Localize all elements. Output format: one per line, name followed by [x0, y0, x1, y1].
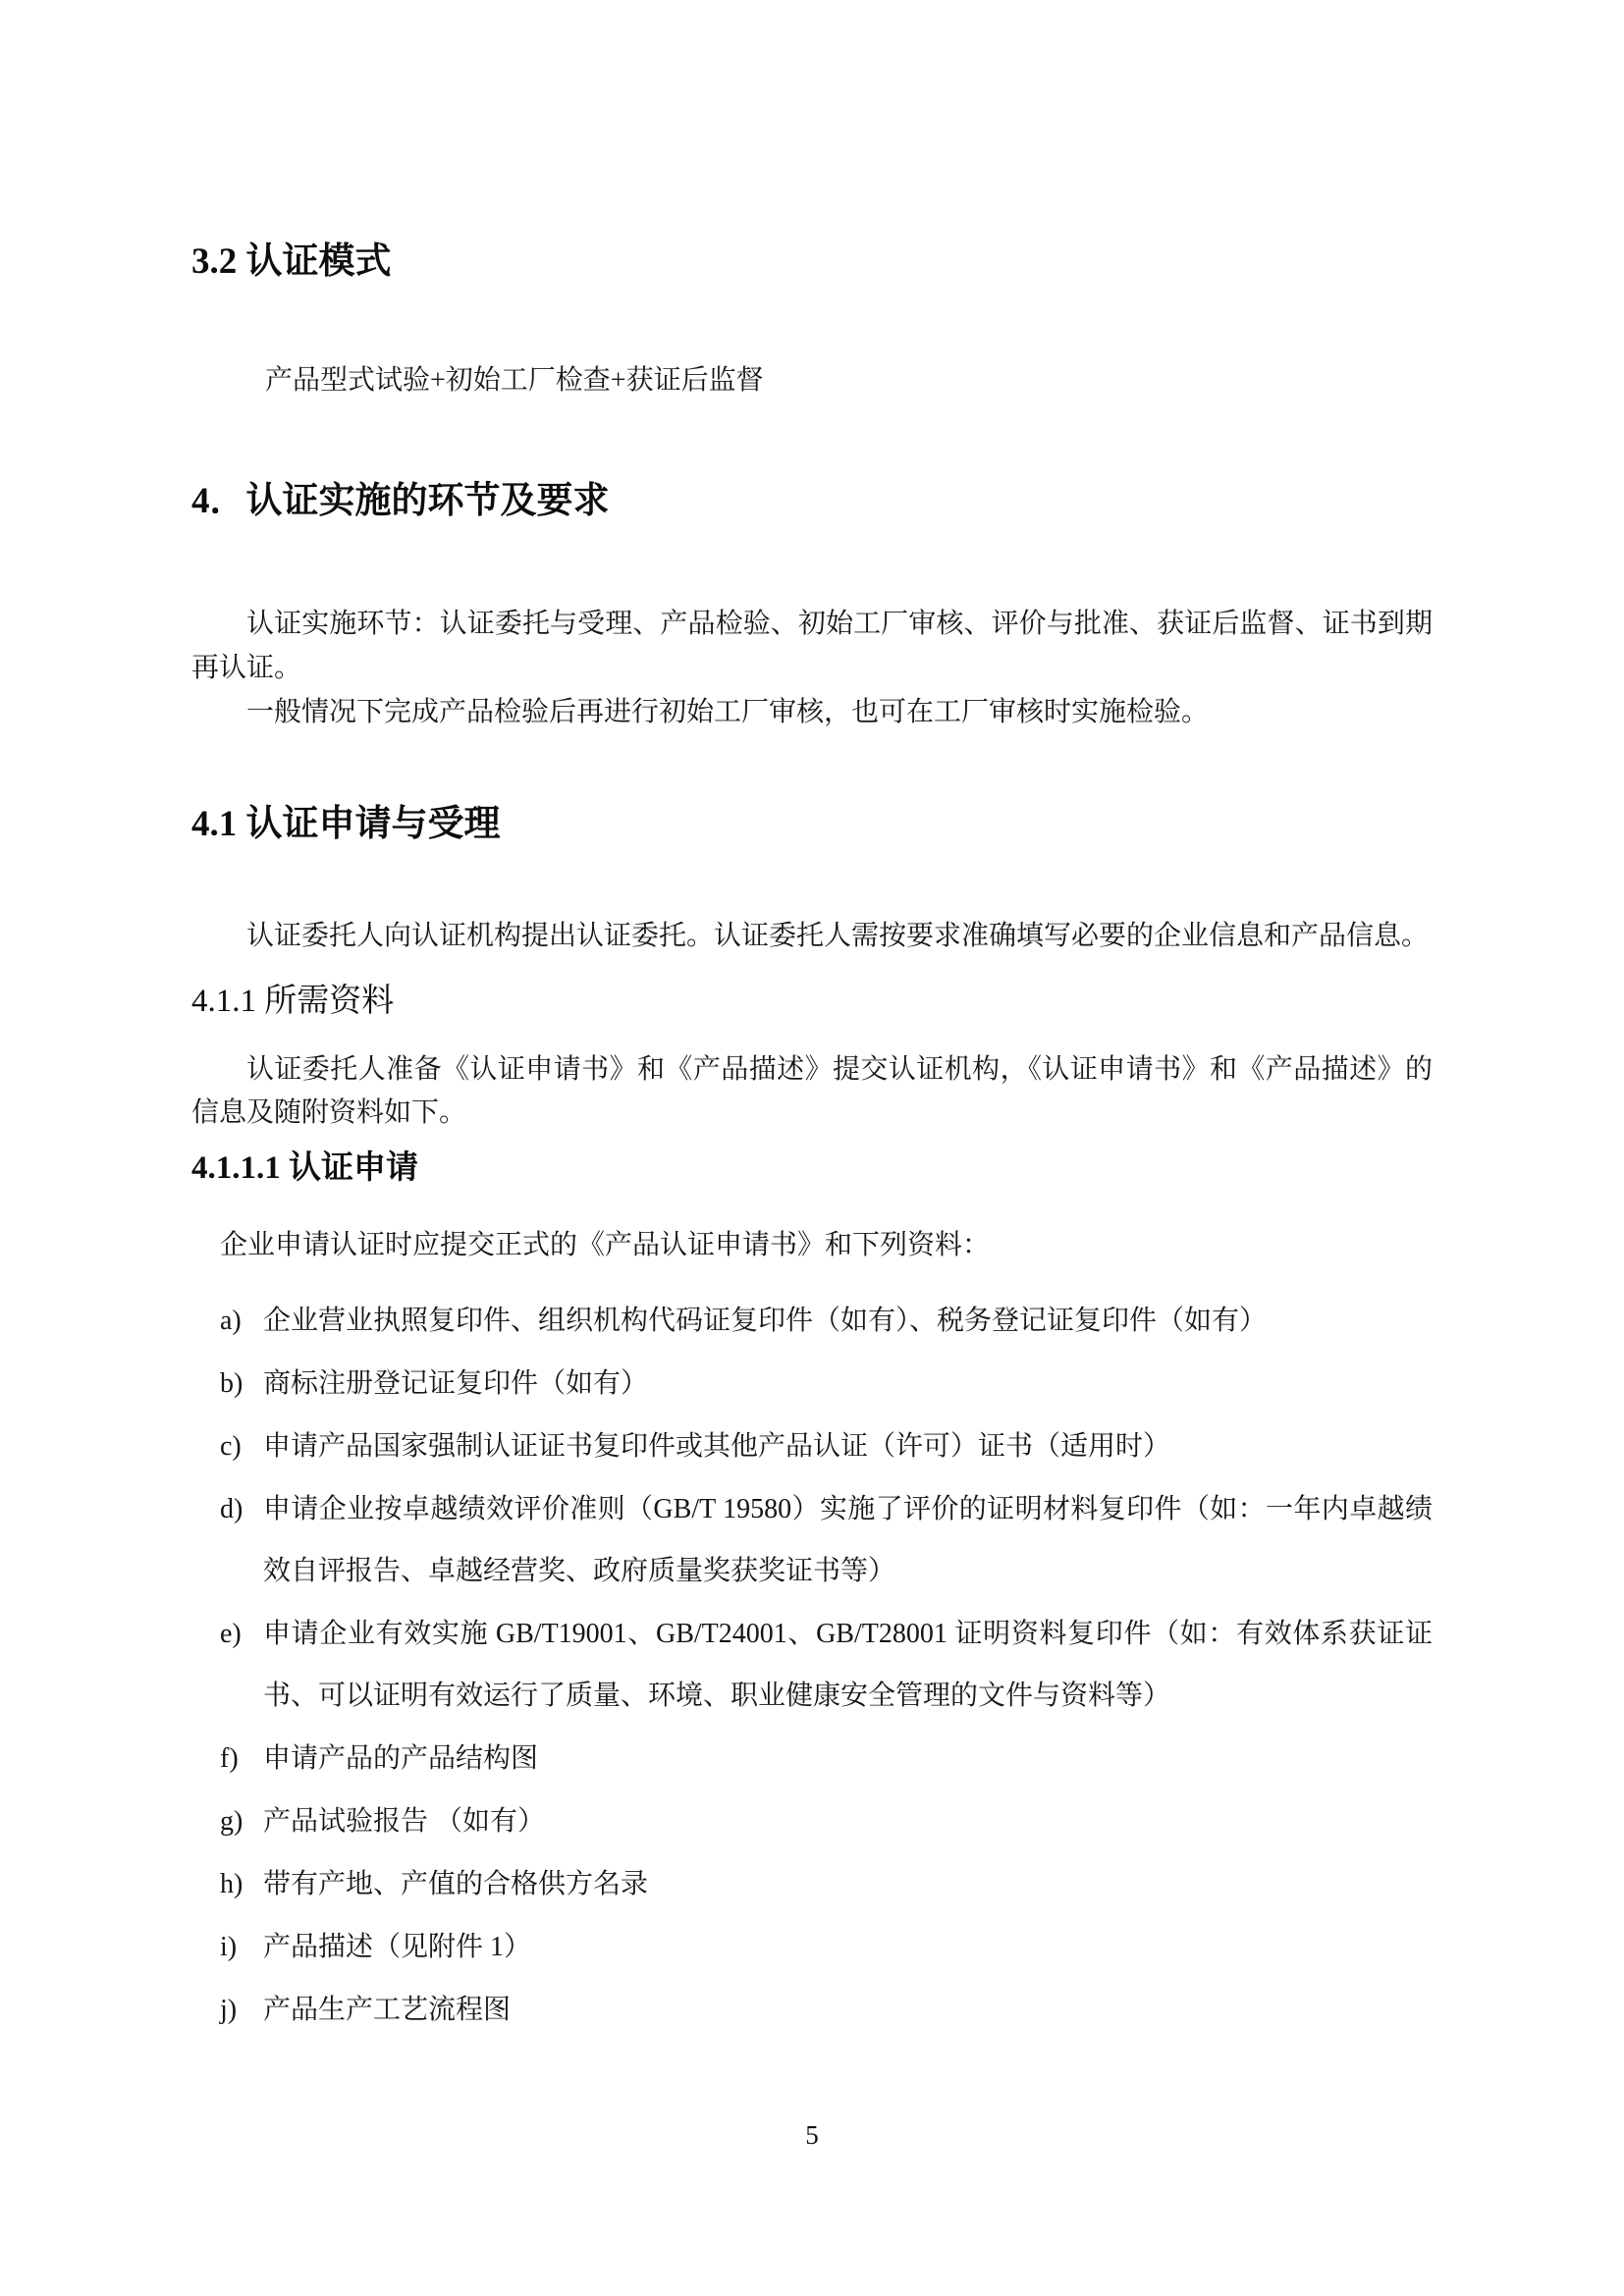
heading-4-1-application-acceptance: 4.1 认证申请与受理 [191, 803, 1433, 846]
list-item-e: e) 申请企业有效实施 GB/T19001、GB/T24001、GB/T2800… [220, 1603, 1433, 1727]
list-item-text: 产品生产工艺流程图 [263, 1995, 511, 2025]
document-page: 3.2 认证模式 产品型式试验+初始工厂检查+获证后监督 4．认证实施的环节及要… [0, 0, 1624, 2296]
list-marker-g: g) [220, 1790, 243, 1852]
list-item-text: 带有产地、产值的合格供方名录 [263, 1869, 648, 1899]
list-item-d: d) 申请企业按卓越绩效评价准则（GB/T 19580）实施了评价的证明材料复印… [220, 1478, 1433, 1602]
list-item-text: 申请企业有效实施 GB/T19001、GB/T24001、GB/T28001 证… [263, 1619, 1433, 1711]
list-marker-b: b) [220, 1353, 243, 1415]
heading-4-1-1-1-certification-application: 4.1.1.1 认证申请 [191, 1148, 1433, 1188]
list-marker-a: a) [220, 1290, 242, 1352]
list-item-text: 产品试验报告 （如有） [263, 1806, 545, 1837]
paragraph-certification-mode: 产品型式试验+初始工厂检查+获证后监督 [265, 364, 1433, 398]
heading-3-2-certification-mode: 3.2 认证模式 [191, 240, 1433, 284]
paragraph-list-intro: 企业申请认证时应提交正式的《产品认证申请书》和下列资料： [220, 1229, 1433, 1262]
list-marker-c: c) [220, 1415, 242, 1477]
list-item-b: b) 商标注册登记证复印件（如有） [220, 1353, 1433, 1415]
list-marker-d: d) [220, 1478, 243, 1540]
list-item-text: 企业营业执照复印件、组织机构代码证复印件（如有）、税务登记证复印件（如有） [263, 1306, 1267, 1336]
paragraph-inspection-order: 一般情况下完成产品检验后再进行初始工厂审核，也可在工厂审核时实施检验。 [191, 690, 1433, 734]
list-item-j: j) 产品生产工艺流程图 [220, 1979, 1433, 2041]
list-marker-e: e) [220, 1603, 242, 1665]
list-item-text: 申请产品国家强制认证证书复印件或其他产品认证（许可）证书（适用时） [263, 1431, 1170, 1462]
list-item-f: f) 申请产品的产品结构图 [220, 1728, 1433, 1789]
required-documents-list: a) 企业营业执照复印件、组织机构代码证复印件（如有）、税务登记证复印件（如有）… [220, 1290, 1433, 2041]
paragraph-application-entrust: 认证委托人向认证机构提出认证委托。认证委托人需按要求准确填写必要的企业信息和产品… [191, 913, 1433, 960]
heading-4-implementation-steps: 4．认证实施的环节及要求 [191, 480, 1433, 523]
list-item-i: i) 产品描述（见附件 1） [220, 1916, 1433, 1978]
list-item-text: 商标注册登记证复印件（如有） [263, 1368, 648, 1399]
list-marker-f: f) [220, 1728, 239, 1789]
list-marker-j: j) [220, 1979, 237, 2041]
document-content: 3.2 认证模式 产品型式试验+初始工厂检查+获证后监督 4．认证实施的环节及要… [0, 0, 1624, 2041]
paragraph-implementation-steps: 认证实施环节：认证委托与受理、产品检验、初始工厂审核、评价与批准、获证后监督、证… [191, 602, 1433, 690]
list-item-c: c) 申请产品国家强制认证证书复印件或其他产品认证（许可）证书（适用时） [220, 1415, 1433, 1477]
list-marker-i: i) [220, 1916, 237, 1978]
page-number: 5 [0, 2120, 1624, 2151]
heading-4-1-1-required-materials: 4.1.1 所需资料 [191, 982, 1433, 1021]
list-item-a: a) 企业营业执照复印件、组织机构代码证复印件（如有）、税务登记证复印件（如有） [220, 1290, 1433, 1352]
list-item-text: 申请企业按卓越绩效评价准则（GB/T 19580）实施了评价的证明材料复印件（如… [263, 1494, 1433, 1586]
list-item-text: 申请产品的产品结构图 [263, 1743, 538, 1774]
list-item-g: g) 产品试验报告 （如有） [220, 1790, 1433, 1852]
list-marker-h: h) [220, 1853, 243, 1915]
paragraph-required-materials: 认证委托人准备《认证申请书》和《产品描述》提交认证机构，《认证申请书》和《产品描… [191, 1048, 1433, 1135]
list-item-text: 产品描述（见附件 1） [263, 1932, 531, 1962]
list-item-h: h) 带有产地、产值的合格供方名录 [220, 1853, 1433, 1915]
